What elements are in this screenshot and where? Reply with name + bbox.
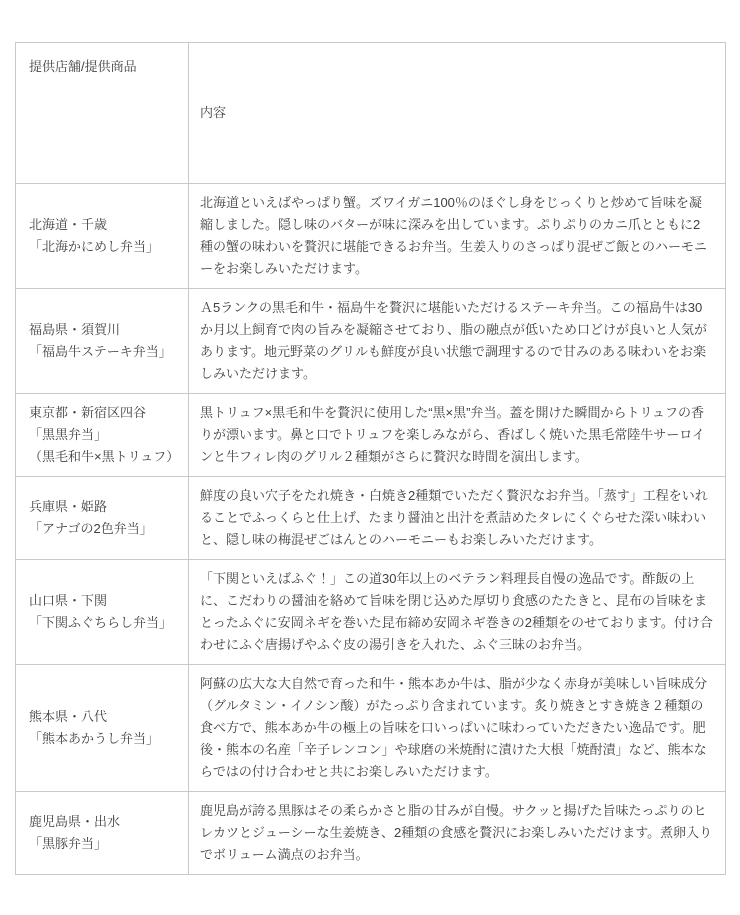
shop-cell: 熊本県・八代 「熊本あかうし弁当」 [16,665,189,792]
description-cell: 鹿児島が誇る黒豚はその柔らかさと脂の甘みが自慢。サクッと揚げた旨味たっぷりのヒレ… [189,792,726,875]
shop-cell: 兵庫県・姫路 「アナゴの2色弁当」 [16,477,189,560]
description-cell: 北海道といえばやっぱり蟹。ズワイガニ100％のほぐし身をじっくりと炒めて旨味を凝… [189,184,726,289]
table-row: 鹿児島県・出水 「黒豚弁当」 鹿児島が誇る黒豚はその柔らかさと脂の甘みが自慢。サ… [16,792,726,875]
table-row: 北海道・千歳 「北海かにめし弁当」 北海道といえばやっぱり蟹。ズワイガニ100％… [16,184,726,289]
description-cell: Ａ5ランクの黒毛和牛・福島牛を贅沢に堪能いただけるステーキ弁当。この福島牛は30… [189,289,726,394]
header-description-column: 内容 [189,43,726,184]
shop-cell: 山口県・下関 「下関ふぐちらし弁当」 [16,560,189,665]
description-cell: 「下関といえばふぐ！」この道30年以上のベテラン料理長自慢の逸品です。酢飯の上に… [189,560,726,665]
offers-table: 提供店舗/提供商品 内容 北海道・千歳 「北海かにめし弁当」 北海道といえばやっ… [15,42,726,875]
shop-cell: 北海道・千歳 「北海かにめし弁当」 [16,184,189,289]
table-row: 山口県・下関 「下関ふぐちらし弁当」 「下関といえばふぐ！」この道30年以上のベ… [16,560,726,665]
header-row: 提供店舗/提供商品 内容 [16,43,726,184]
description-cell: 鮮度の良い穴子をたれ焼き・白焼き2種類でいただく贅沢なお弁当。「蒸す」工程をいれ… [189,477,726,560]
table-row: 東京都・新宿区四谷 「黒黒弁当」 （黒毛和牛×黒トリュフ） 黒トリュフ×黒毛和牛… [16,394,726,477]
header-shop-column: 提供店舗/提供商品 [16,43,189,184]
shop-cell: 福島県・須賀川 「福島牛ステーキ弁当」 [16,289,189,394]
description-cell: 黒トリュフ×黒毛和牛を贅沢に使用した“黒×黒”弁当。蓋を開けた瞬間からトリュフの… [189,394,726,477]
table-row: 熊本県・八代 「熊本あかうし弁当」 阿蘇の広大な大自然で育った和牛・熊本あか牛は… [16,665,726,792]
shop-cell: 東京都・新宿区四谷 「黒黒弁当」 （黒毛和牛×黒トリュフ） [16,394,189,477]
table-row: 兵庫県・姫路 「アナゴの2色弁当」 鮮度の良い穴子をたれ焼き・白焼き2種類でいた… [16,477,726,560]
description-cell: 阿蘇の広大な大自然で育った和牛・熊本あか牛は、脂が少なく赤身が美味しい旨味成分（… [189,665,726,792]
shop-cell: 鹿児島県・出水 「黒豚弁当」 [16,792,189,875]
page: 提供店舗/提供商品 内容 北海道・千歳 「北海かにめし弁当」 北海道といえばやっ… [0,0,740,915]
table-row: 福島県・須賀川 「福島牛ステーキ弁当」 Ａ5ランクの黒毛和牛・福島牛を贅沢に堪能… [16,289,726,394]
